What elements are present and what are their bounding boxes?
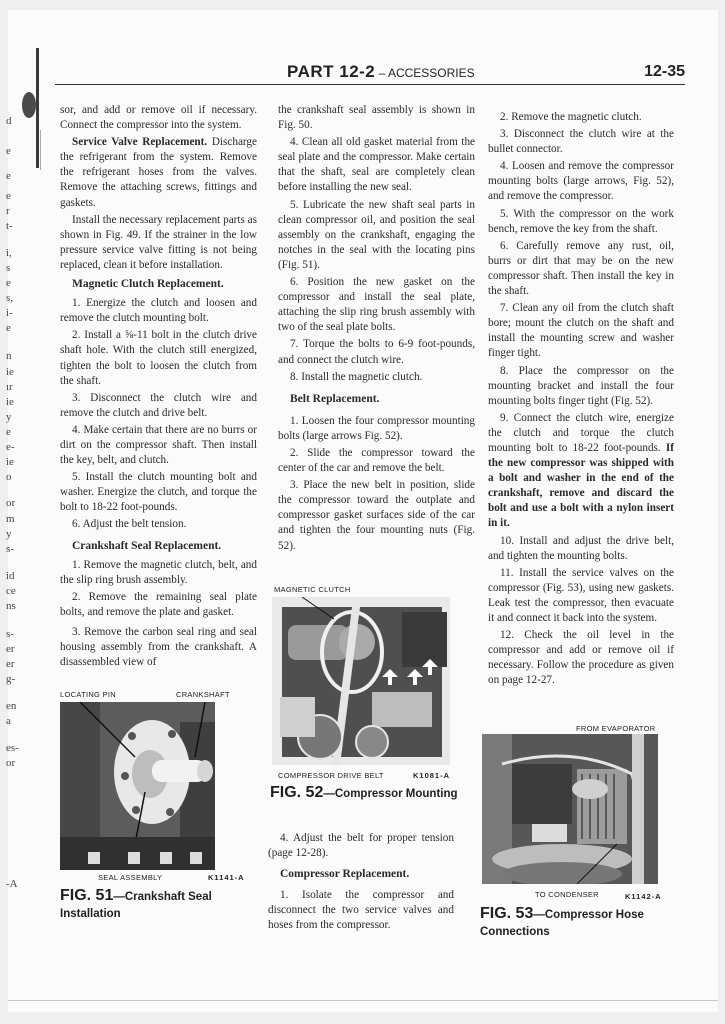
paragraph: Install the necessary replacement parts … [60,213,257,273]
step: 1. Loosen the four compressor mounting b… [278,414,475,444]
margin-fragment: ie [6,366,22,378]
margin-fragment: s [6,262,22,274]
step: 7. Torque the bolts to 6-9 foot-pounds, … [278,337,475,367]
margin-fragment: id [6,570,22,582]
page-header: PART 12-2 – ACCESSORIES 12-35 [55,58,685,85]
column-2: the crankshaft seal assembly is shown in… [278,103,475,556]
step: 3. Place the new belt in position, slide… [278,478,475,553]
part-label: PART 12-2 [287,62,375,81]
margin-fragment: or [6,757,22,769]
margin-fragment: a [6,715,22,727]
figure-title: —Compressor Mounting [323,788,457,800]
margin-fragment: e [6,190,22,202]
page-number: 12-35 [644,63,685,81]
margin-fragment: es- [6,742,22,754]
column-2-lower: 4. Adjust the belt for proper tension (p… [268,831,454,936]
margin-fragment: o [6,471,22,483]
step: 3. Disconnect the clutch wire at the bul… [488,127,674,157]
punch-hole [22,92,36,118]
figure-caption: FIG. 52—Compressor Mounting [270,785,470,802]
compressor-mounting-illustration [272,597,450,765]
step: 4. Clean all old gasket material from th… [278,135,475,195]
step: 11. Install the service valves on the co… [488,566,674,626]
callout-seal-assembly: SEAL ASSEMBLY [98,873,162,882]
section-heading: Magnetic Clutch Replacement. [72,277,257,292]
step-9: 9. Connect the clutch wire, energize the… [488,411,674,532]
step: 8. Place the compressor on the mounting … [488,364,674,409]
section-heading: Service Valve Replacement. [72,136,207,148]
paragraph: the crankshaft seal assembly is shown in… [278,103,475,133]
margin-fragment: ır [6,381,22,393]
margin-fragment: n [6,350,22,362]
margin-fragment: e [6,145,22,157]
callout-drive-belt: COMPRESSOR DRIVE BELT [278,771,384,780]
column-1: sor, and add or remove oil if necessary.… [60,103,257,672]
figure-code: K1141-A [208,873,245,882]
step: 1. Isolate the compressor and disconnect… [268,888,454,933]
margin-fragment: i- [6,307,22,319]
warning-text: If the new compressor was shipped with a… [488,442,674,529]
step: 3. Disconnect the clutch wire and remove… [60,391,257,421]
compressor-mounting-photo [272,597,450,765]
step: 2. Install a ⅝-11 bolt in the clutch dri… [60,328,257,388]
figure-53: FROM EVAPORATOR TO CONDENSER K1142-A FIG… [480,722,680,937]
margin-fragment: g- [6,673,22,685]
section-heading: Compressor Replacement. [280,867,454,882]
margin-fragment: er [6,658,22,670]
compressor-hose-photo [482,734,658,884]
figure-number: FIG. 52 [270,784,323,801]
callout-from-evaporator: FROM EVAPORATOR [576,724,656,733]
step: 12. Check the oil level in the compresso… [488,628,674,688]
step: 5. Lubricate the new shaft seal parts in… [278,198,475,273]
step: 6. Carefully remove any rust, oil, burrs… [488,239,674,299]
step: 5. With the compressor on the work bench… [488,207,674,237]
margin-fragment: or [6,497,22,509]
margin-fragment: en [6,700,22,712]
page-title: PART 12-2 – ACCESSORIES [287,62,475,82]
compressor-hose-illustration [482,734,658,884]
step: 6. Position the new gasket on the compre… [278,275,475,335]
margin-fragment: i, [6,247,22,259]
figure-caption: FIG. 53—Compressor Hose Connections [480,906,680,940]
step: 4. Make certain that there are no burrs … [60,423,257,468]
margin-fragment: t- [6,220,22,232]
step-text: 9. Connect the clutch wire, energize the… [488,412,674,454]
margin-fragment: er [6,643,22,655]
margin-fragment: r [6,205,22,217]
binding-edge-shadow [40,130,41,170]
step: 4. Adjust the belt for proper tension (p… [268,831,454,861]
margin-fragment: ie [6,396,22,408]
figure-52: MAGNETIC CLUTCH COMPRESSOR DRIVE BELT K1… [270,583,470,823]
section-heading: Belt Replacement. [290,392,475,407]
callout-crankshaft: CRANKSHAFT [176,690,230,699]
paragraph: sor, and add or remove oil if necessary.… [60,103,257,133]
figure-code: K1142-A [625,892,662,901]
figure-51: LOCATING PIN CRANKSHAFT SEAL ASSEMBLY [58,690,248,940]
margin-fragment: -A [6,878,22,890]
callout-to-condenser: TO CONDENSER [535,890,599,899]
margin-fragment: y [6,528,22,540]
margin-fragment: e [6,322,22,334]
callout-locating-pin: LOCATING PIN [60,690,116,699]
margin-fragment: ce [6,585,22,597]
margin-fragment: e [6,426,22,438]
step: 7. Clean any oil from the clutch shaft b… [488,301,674,361]
figure-number: FIG. 53 [480,905,533,922]
margin-fragment: ie [6,456,22,468]
crankshaft-seal-photo [60,702,215,870]
step: 5. Install the clutch mounting bolt and … [60,470,257,515]
margin-fragment: e- [6,441,22,453]
section-label: – ACCESSORIES [375,66,474,80]
step: 1. Energize the clutch and loosen and re… [60,296,257,326]
step: 2. Slide the compressor toward the cente… [278,446,475,476]
figure-code: K1081-A [413,771,450,780]
step: 2. Remove the remaining seal plate bolts… [60,590,257,620]
figure-caption: FIG. 51—Crankshaft Seal Installation [60,888,240,922]
paragraph-service-valve: Service Valve Replacement. Discharge the… [60,135,257,210]
margin-fragment: e [6,277,22,289]
margin-fragment: s- [6,543,22,555]
step: 2. Remove the magnetic clutch. [488,110,674,125]
page-bottom-edge [8,1000,718,1001]
column-3: 2. Remove the magnetic clutch. 3. Discon… [488,110,674,690]
margin-fragment: s, [6,292,22,304]
binding-edge [36,48,39,168]
step: 6. Adjust the belt tension. [60,517,257,532]
step: 4. Loosen and remove the compressor moun… [488,159,674,204]
margin-fragment: d [6,115,22,127]
step: 3. Remove the carbon seal ring and seal … [60,625,257,670]
step: 8. Install the magnetic clutch. [278,370,475,385]
crankshaft-seal-illustration [60,702,215,870]
margin-fragment: e [6,170,22,182]
margin-fragment: y [6,411,22,423]
callout-magnetic-clutch: MAGNETIC CLUTCH [274,585,351,594]
section-heading: Crankshaft Seal Replacement. [72,539,257,554]
margin-fragment: ns [6,600,22,612]
margin-fragment: s- [6,628,22,640]
step: 10. Install and adjust the drive belt, a… [488,534,674,564]
figure-number: FIG. 51 [60,887,113,904]
step: 1. Remove the magnetic clutch, belt, and… [60,558,257,588]
margin-fragment: m [6,513,22,525]
